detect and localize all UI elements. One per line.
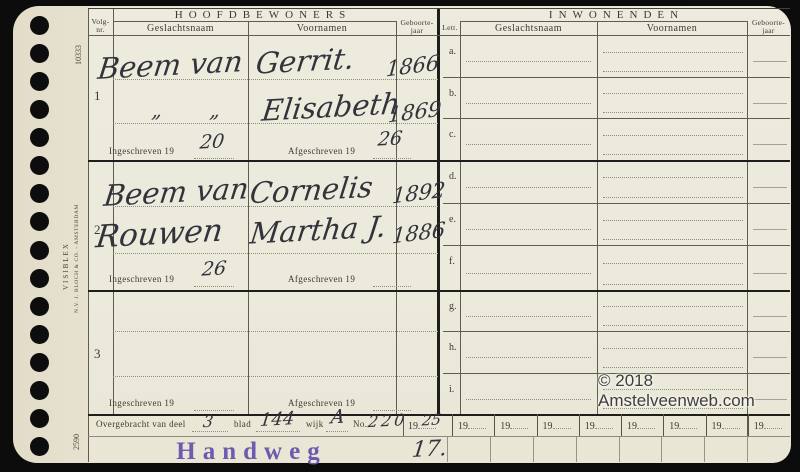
punch-hole [30,437,49,456]
dotted-line [603,325,743,326]
row-letter: i. [449,384,454,395]
entry-dotted-line [113,252,438,254]
row-letter: e. [449,214,456,225]
bottom-cell [447,437,490,462]
ingeschreven-label: Ingeschreven 19 [109,398,174,408]
bottom-cell [490,437,533,462]
col-header-geboortejaar: Geboorte- jaar [396,19,438,35]
punch-hole [30,325,49,344]
entry-dotted-line [113,375,438,377]
dotted-line [603,71,743,72]
inwonenden-row: b. [443,77,790,118]
dotted-line [603,197,743,198]
bottom-cell [576,437,619,462]
year-line [753,273,787,274]
punch-hole [30,72,49,91]
blad-label: blad [234,419,251,429]
row-letter: h. [449,342,457,353]
row-letter: g. [449,301,457,312]
col-header-geslachtsnaam: Geslachtsnaam [113,23,248,34]
col-header-lett: Lett. [440,24,460,32]
label-dotted-line [326,430,348,432]
bottom-cell [704,437,747,462]
col-header-geboortejaar-line2: jaar [411,26,423,35]
inwonenden-row: g. [443,290,790,331]
dotted-line [468,419,486,429]
inwonenden-row: e. [443,203,790,245]
inwonenden-row: h. [443,331,790,373]
street-name-stamp: Handweg [88,438,415,466]
punch-hole [30,184,49,203]
punch-hole [30,353,49,372]
afgeschreven-label: Afgeschreven 19 [288,274,355,284]
punch-hole [30,297,49,316]
hw-surname: Rouwen [94,213,225,256]
grid-hline [113,21,396,22]
dotted-line [603,154,743,155]
printer-brand: VISIBLEX [62,180,70,290]
bottom-cell [533,437,576,462]
year-line [753,187,787,188]
overgebracht-label: Overgebracht van deel [96,419,186,429]
year-prefix: 19 [669,421,679,432]
dotted-line [466,103,591,104]
hw-house-number: 17. [410,436,448,463]
punch-hole [30,44,49,63]
year-prefix: 19 [543,421,553,432]
year-cell: 19 [663,414,705,436]
hw-blad-value: 144 [259,408,296,431]
year-prefix: 19 [408,421,418,432]
dotted-line [603,112,743,113]
dotted-line [466,357,591,358]
year-line [753,144,787,145]
card-serial-bottom: 2590 [72,402,81,450]
dotted-line [603,263,743,264]
dotted-line [603,239,743,240]
inwonenden-row: a. [443,35,790,77]
grid-vline [88,8,89,462]
year-prefix: 19 [585,421,595,432]
hw-firstname: Gerrit. [254,41,356,80]
hw-year-value: 25 [421,410,442,429]
label-dotted-line [194,157,234,159]
bottom-cell-strip [403,437,790,462]
dotted-line [466,61,591,62]
punch-hole-column [30,16,50,456]
printer-name: N.V. J. BLOCH & CO. - AMSTERDAM [74,158,80,313]
bottom-cell [661,437,704,462]
year-cell: 19 [621,414,663,436]
row-letter: b. [449,88,457,99]
dotted-line [637,419,655,429]
year-line [753,357,787,358]
dotted-line [679,419,697,429]
dotted-line [722,419,740,429]
inwonenden-row: c. [443,118,790,160]
grid-hline [460,21,747,22]
punch-hole [30,212,49,231]
label-dotted-line [194,285,234,287]
col-header-volgnr-line2: nr. [96,25,105,34]
punch-hole [30,269,49,288]
wijk-label: wijk [306,419,324,429]
hw-wijk-value: A [330,406,346,429]
label-dotted-line [373,285,411,287]
punch-hole [30,156,49,175]
year-cell: 19 [706,414,748,436]
dotted-line [466,399,591,400]
bottom-cell [619,437,662,462]
volgnr-3: 3 [94,346,101,362]
punch-hole [30,100,49,119]
volgnr-1: 1 [94,88,101,104]
dotted-line [466,229,591,230]
year-prefix: 19 [754,421,764,432]
col-header-voornamen: Voornamen [248,23,396,34]
year-prefix: 19 [458,421,468,432]
hw-firstname: Cornelis [248,170,375,211]
dotted-line [510,419,528,429]
year-prefix: 19 [712,421,722,432]
year-cell-strip: 19 25 19 19 19 19 19 19 19 19 [403,414,790,436]
watermark-copyright: © 2018 Amstelveenweb.com [598,371,800,411]
row-letter: c. [449,129,456,140]
year-cell: 19 [537,414,579,436]
dotted-line [603,306,743,307]
bottom-cell [747,437,790,462]
col-header-voornamen-right: Voornamen [597,23,747,34]
dotted-line [466,144,591,145]
label-dotted-line [373,157,411,159]
dotted-line [603,177,743,178]
year-cell: 19 [452,414,494,436]
scanned-register-card: 10333 VISIBLEX N.V. J. BLOCH & CO. - AMS… [0,0,800,472]
ingeschreven-label: Ingeschreven 19 [109,146,174,156]
card-serial-top: 10333 [74,10,83,65]
dotted-line [595,419,613,429]
no-label: No. [353,419,367,429]
inwonenden-row: f. [443,245,790,290]
col-header-geslachtsnaam-right: Geslachtsnaam [460,23,597,34]
dotted-line [466,316,591,317]
punch-hole [30,128,49,147]
punch-hole [30,381,49,400]
dotted-line [466,273,591,274]
punch-hole [30,241,49,260]
col-header-geboortejaar-right: Geboorte- jaar [747,19,790,35]
col-header-geboortejaar-right-line2: jaar [762,26,774,35]
year-cell: 19 [579,414,621,436]
year-prefix: 19 [627,421,637,432]
punch-hole [30,409,49,428]
dotted-line [603,348,743,349]
dotted-line [603,220,743,221]
ingeschreven-label: Ingeschreven 19 [109,274,174,284]
dotted-line [603,52,743,53]
inwonenden-row: d. [443,160,790,203]
entry-dotted-line [113,330,438,332]
dotted-line [466,187,591,188]
year-line [753,229,787,230]
hw-ingeschreven-year: 20 [199,130,226,153]
hw-ingeschreven-year: 26 [201,257,228,280]
year-prefix: 19 [500,421,510,432]
year-cell: 19 [748,414,790,436]
punch-hole [30,16,49,35]
year-cell: 19 25 [403,414,452,436]
dotted-line [603,284,743,285]
year-line [753,316,787,317]
afgeschreven-label: Afgeschreven 19 [288,146,355,156]
col-header-volgnr: Volg- nr. [88,18,113,34]
row-letter: d. [449,171,457,182]
dotted-line [553,419,571,429]
left-table-title: HOOFDBEWONERS [88,9,438,21]
right-table-title: INWONENDEN [443,9,790,21]
dotted-line [764,419,782,429]
hw-afgeschreven-year: 26 [377,127,404,150]
year-line [753,103,787,104]
row-letter: a. [449,46,456,57]
year-line [753,61,787,62]
dotted-line [603,367,743,368]
year-cell: 19 [494,414,536,436]
row-letter: f. [449,256,455,267]
dotted-line [603,135,743,136]
dotted-line [603,93,743,94]
